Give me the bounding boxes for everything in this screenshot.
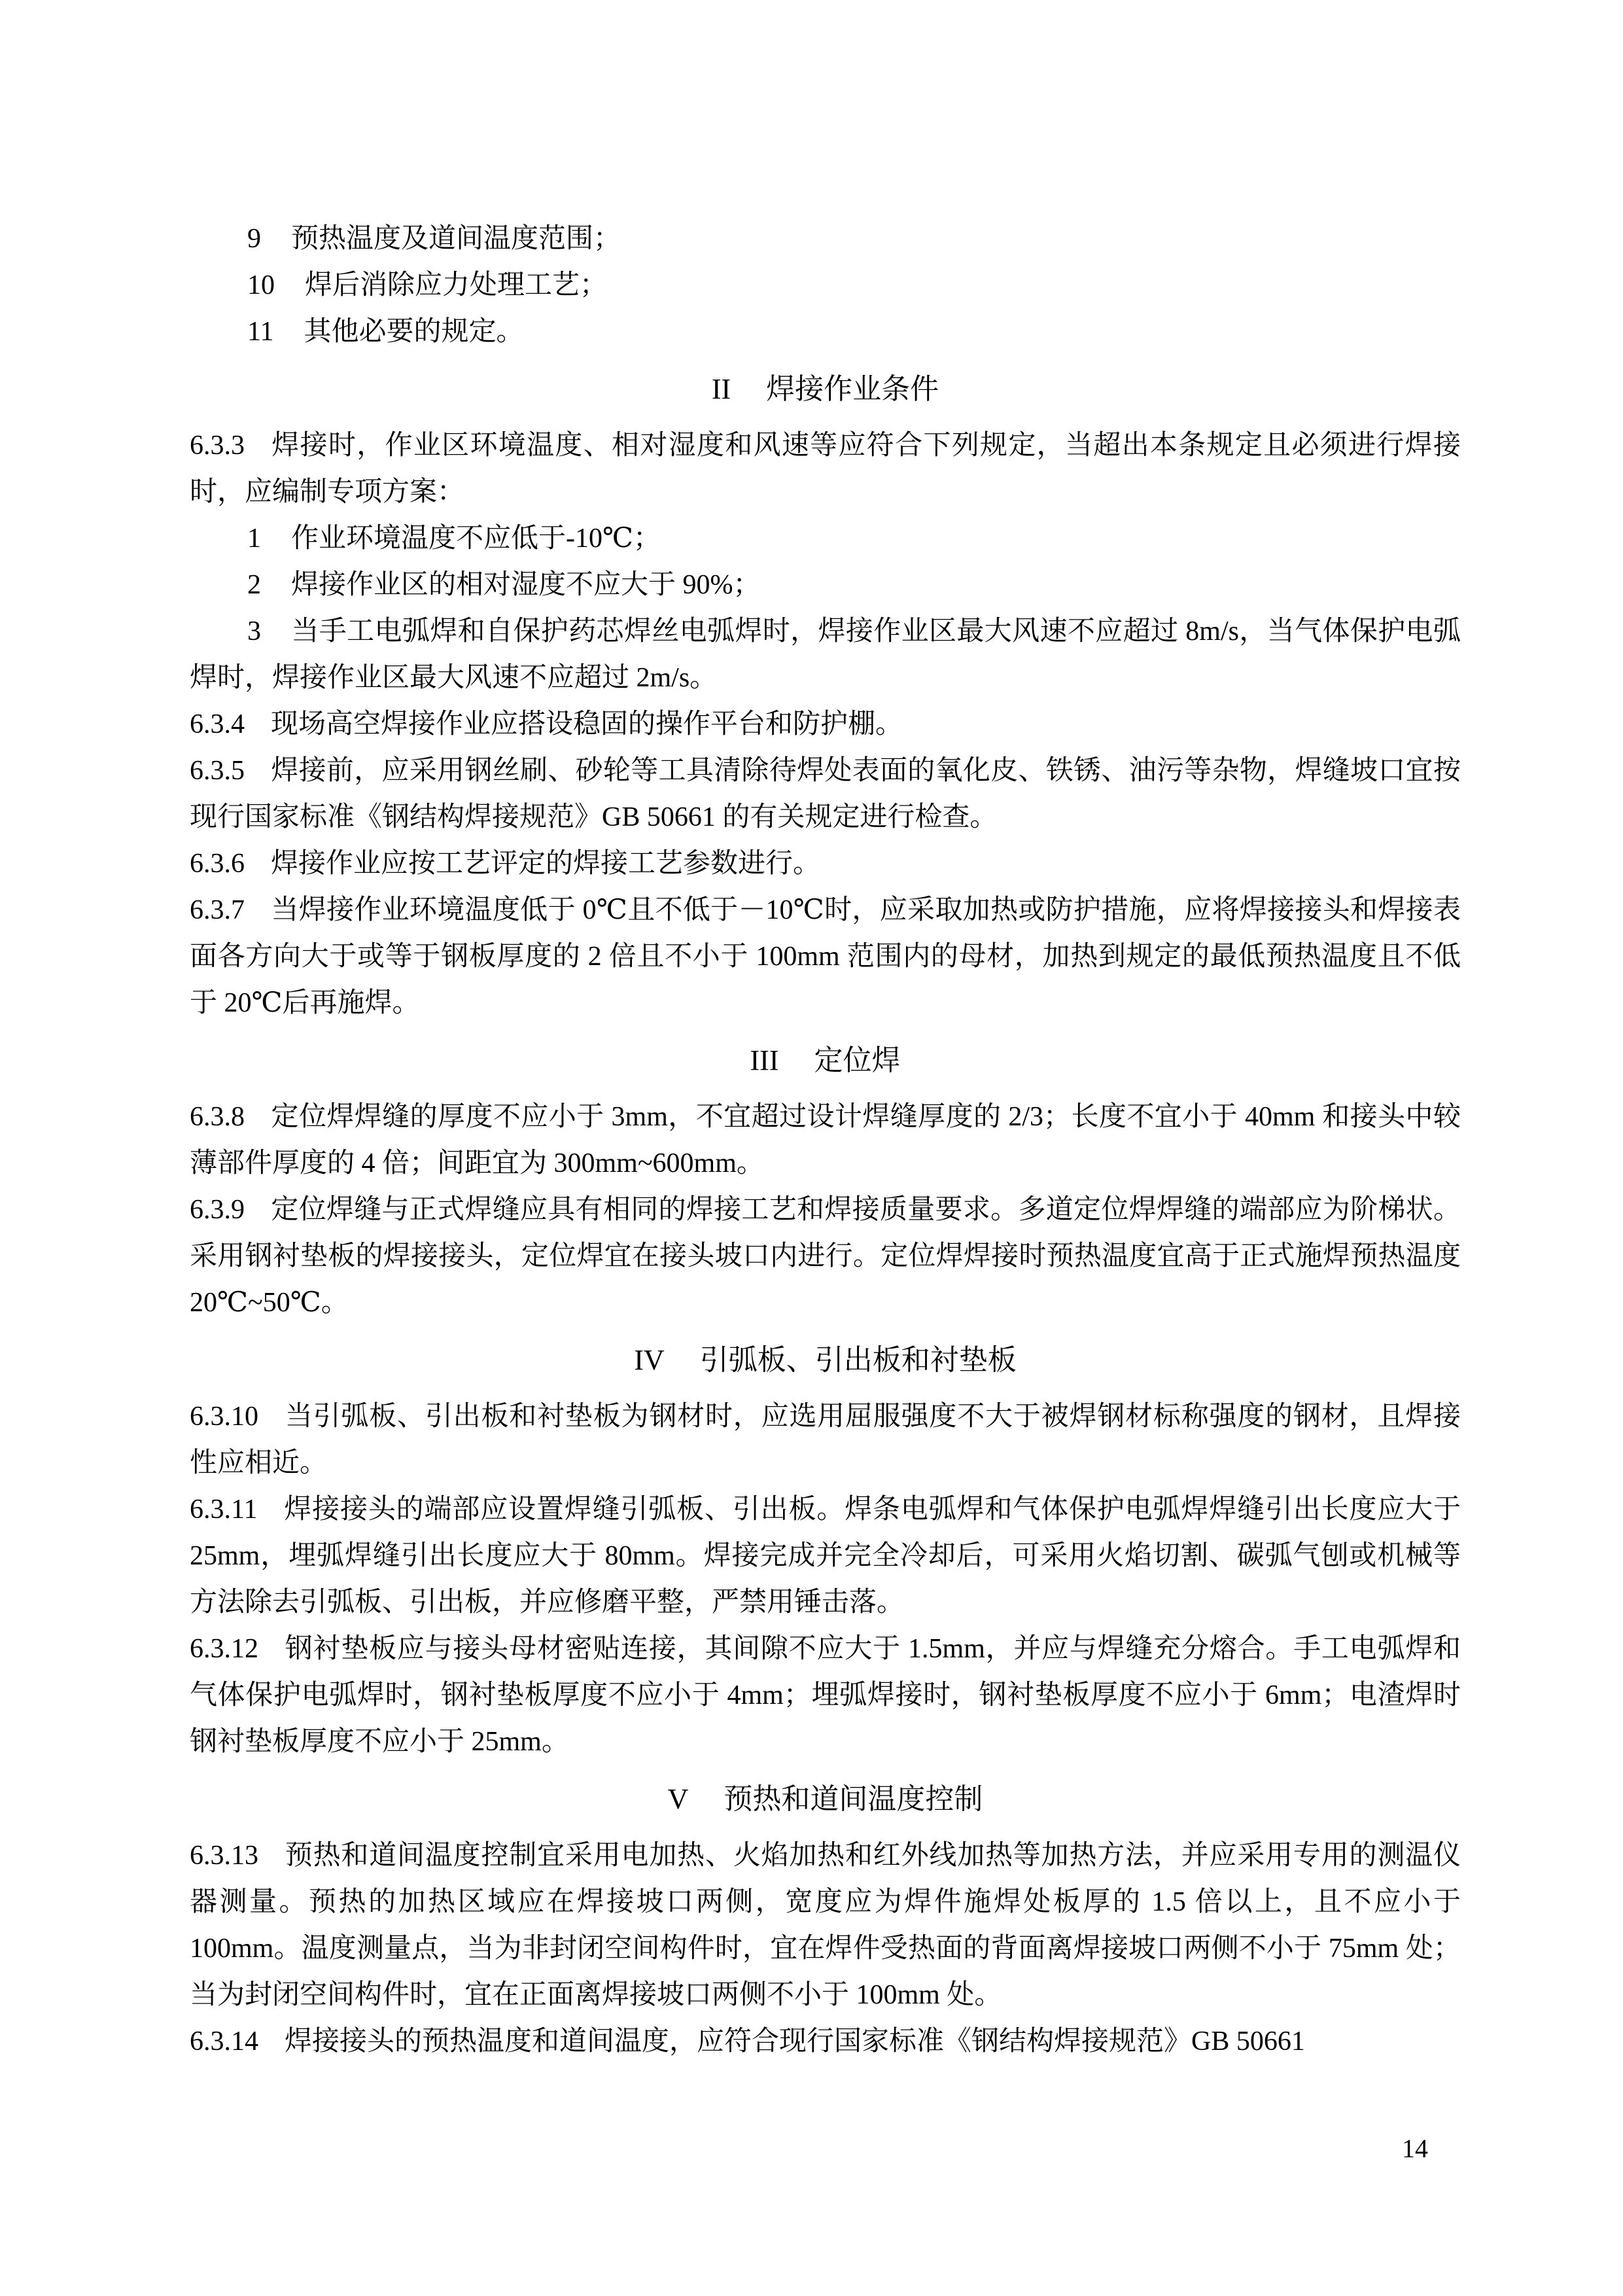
section-heading-title: 引弧板、引出板和衬垫板 <box>700 1344 1017 1376</box>
clause-paragraph: 6.3.5焊接前，应采用钢丝刷、砂轮等工具清除待焊处表面的氧化皮、铁锈、油污等杂… <box>190 748 1461 841</box>
list-item: 1作业环境温度不应低于-10℃； <box>190 516 1461 562</box>
clause-text: 焊接接头的端部应设置焊缝引弧板、引出板。焊条电弧焊和气体保护电弧焊焊缝引出长度应… <box>190 1494 1461 1617</box>
clause-text: 焊接时，作业区环境温度、相对湿度和风速等应符合下列规定，当超出本条规定且必须进行… <box>190 431 1461 507</box>
list-item-text: 预热温度及道间温度范围； <box>291 224 621 254</box>
section-heading-numeral: IV <box>634 1344 664 1376</box>
list-item-number: 9 <box>247 216 261 262</box>
section-heading-title: 定位焊 <box>814 1044 900 1076</box>
list-item-text: 当手工电弧焊和自保护药芯焊丝电弧焊时，焊接作业区最大风速不应超过 8m/s，当气… <box>190 616 1461 693</box>
list-item-text: 焊接作业区的相对湿度不应大于 90%； <box>291 570 761 600</box>
section-heading: III定位焊 <box>190 1037 1461 1084</box>
document-page: 9预热温度及道间温度范围；10焊后消除应力处理工艺；11其他必要的规定。II焊接… <box>0 0 1623 2296</box>
clause-paragraph: 6.3.12钢衬垫板应与接头母材密贴连接，其间隙不应大于 1.5mm，并应与焊缝… <box>190 1626 1461 1765</box>
clause-text: 焊接作业应按工艺评定的焊接工艺参数进行。 <box>271 849 820 879</box>
clause-number: 6.3.14 <box>190 2026 258 2057</box>
section-heading-title: 预热和道间温度控制 <box>724 1783 983 1815</box>
clause-paragraph: 6.3.11焊接接头的端部应设置焊缝引弧板、引出板。焊条电弧焊和气体保护电弧焊焊… <box>190 1487 1461 1626</box>
list-item: 10焊后消除应力处理工艺； <box>190 262 1461 309</box>
clause-text: 焊接前，应采用钢丝刷、砂轮等工具清除待焊处表面的氧化皮、铁锈、油污等杂物，焊缝坡… <box>190 756 1461 832</box>
clause-text: 当焊接作业环境温度低于 0℃且不低于－10℃时，应采取加热或防护措施，应将焊接接… <box>190 895 1461 1018</box>
clause-text: 现场高空焊接作业应搭设稳固的操作平台和防护棚。 <box>271 709 903 739</box>
clause-paragraph: 6.3.13预热和道间温度控制宜采用电加热、火焰加热和红外线加热等加热方法，并应… <box>190 1833 1461 2019</box>
clause-paragraph: 6.3.9定位焊缝与正式焊缝应具有相同的焊接工艺和焊接质量要求。多道定位焊焊缝的… <box>190 1187 1461 1326</box>
clause-number: 6.3.11 <box>190 1494 257 1525</box>
list-item: 9预热温度及道间温度范围； <box>190 216 1461 262</box>
section-heading-numeral: II <box>712 373 731 405</box>
clause-paragraph: 6.3.10当引弧板、引出板和衬垫板为钢材时，应选用屈服强度不大于被焊钢材标称强… <box>190 1394 1461 1487</box>
clause-number: 6.3.9 <box>190 1195 245 1225</box>
section-heading-numeral: V <box>668 1783 689 1815</box>
clause-paragraph: 6.3.6焊接作业应按工艺评定的焊接工艺参数进行。 <box>190 841 1461 887</box>
clause-number: 6.3.7 <box>190 895 245 925</box>
clause-paragraph: 6.3.14焊接接头的预热温度和道间温度，应符合现行国家标准《钢结构焊接规范》G… <box>190 2019 1461 2065</box>
clause-text: 定位焊焊缝的厚度不应小于 3mm，不宜超过设计焊缝厚度的 2/3；长度不宜小于 … <box>190 1102 1461 1178</box>
list-item: 11其他必要的规定。 <box>190 309 1461 355</box>
page-number: 14 <box>1402 2125 1428 2172</box>
clause-paragraph: 6.3.4现场高空焊接作业应搭设稳固的操作平台和防护棚。 <box>190 701 1461 748</box>
list-item-number: 2 <box>247 562 261 609</box>
clause-text: 预热和道间温度控制宜采用电加热、火焰加热和红外线加热等加热方法，并应采用专用的测… <box>190 1841 1461 2010</box>
document-content: 9预热温度及道间温度范围；10焊后消除应力处理工艺；11其他必要的规定。II焊接… <box>190 216 1461 2065</box>
clause-number: 6.3.12 <box>190 1634 258 1664</box>
list-item: 3当手工电弧焊和自保护药芯焊丝电弧焊时，焊接作业区最大风速不应超过 8m/s，当… <box>190 609 1461 701</box>
clause-paragraph: 6.3.8定位焊焊缝的厚度不应小于 3mm，不宜超过设计焊缝厚度的 2/3；长度… <box>190 1094 1461 1187</box>
list-item-text: 作业环境温度不应低于-10℃； <box>291 523 661 554</box>
section-heading: II焊接作业条件 <box>190 366 1461 412</box>
section-heading: V预热和道间温度控制 <box>190 1776 1461 1822</box>
clause-text: 焊接接头的预热温度和道间温度，应符合现行国家标准《钢结构焊接规范》GB 5066… <box>285 2026 1305 2057</box>
list-item-text: 焊后消除应力处理工艺； <box>305 270 607 300</box>
list-item-number: 11 <box>247 309 273 355</box>
list-item-text: 其他必要的规定。 <box>304 317 523 347</box>
clause-number: 6.3.13 <box>190 1841 258 1871</box>
clause-text: 当引弧板、引出板和衬垫板为钢材时，应选用屈服强度不大于被焊钢材标称强度的钢材，且… <box>190 1402 1461 1478</box>
clause-number: 6.3.5 <box>190 756 245 786</box>
clause-number: 6.3.3 <box>190 431 245 461</box>
list-item: 2焊接作业区的相对湿度不应大于 90%； <box>190 562 1461 609</box>
clause-paragraph: 6.3.7当焊接作业环境温度低于 0℃且不低于－10℃时，应采取加热或防护措施，… <box>190 887 1461 1027</box>
section-heading-numeral: III <box>750 1044 779 1076</box>
list-item-number: 3 <box>247 609 261 655</box>
clause-paragraph: 6.3.3焊接时，作业区环境温度、相对湿度和风速等应符合下列规定，当超出本条规定… <box>190 423 1461 516</box>
clause-number: 6.3.10 <box>190 1402 258 1432</box>
clause-number: 6.3.8 <box>190 1102 245 1132</box>
clause-number: 6.3.6 <box>190 849 245 879</box>
clause-number: 6.3.4 <box>190 709 245 739</box>
list-item-number: 1 <box>247 516 261 562</box>
clause-text: 定位焊缝与正式焊缝应具有相同的焊接工艺和焊接质量要求。多道定位焊焊缝的端部应为阶… <box>190 1195 1461 1318</box>
clause-text: 钢衬垫板应与接头母材密贴连接，其间隙不应大于 1.5mm，并应与焊缝充分熔合。手… <box>190 1634 1461 1757</box>
list-item-number: 10 <box>247 262 275 309</box>
section-heading: IV引弧板、引出板和衬垫板 <box>190 1337 1461 1383</box>
section-heading-title: 焊接作业条件 <box>766 373 939 405</box>
